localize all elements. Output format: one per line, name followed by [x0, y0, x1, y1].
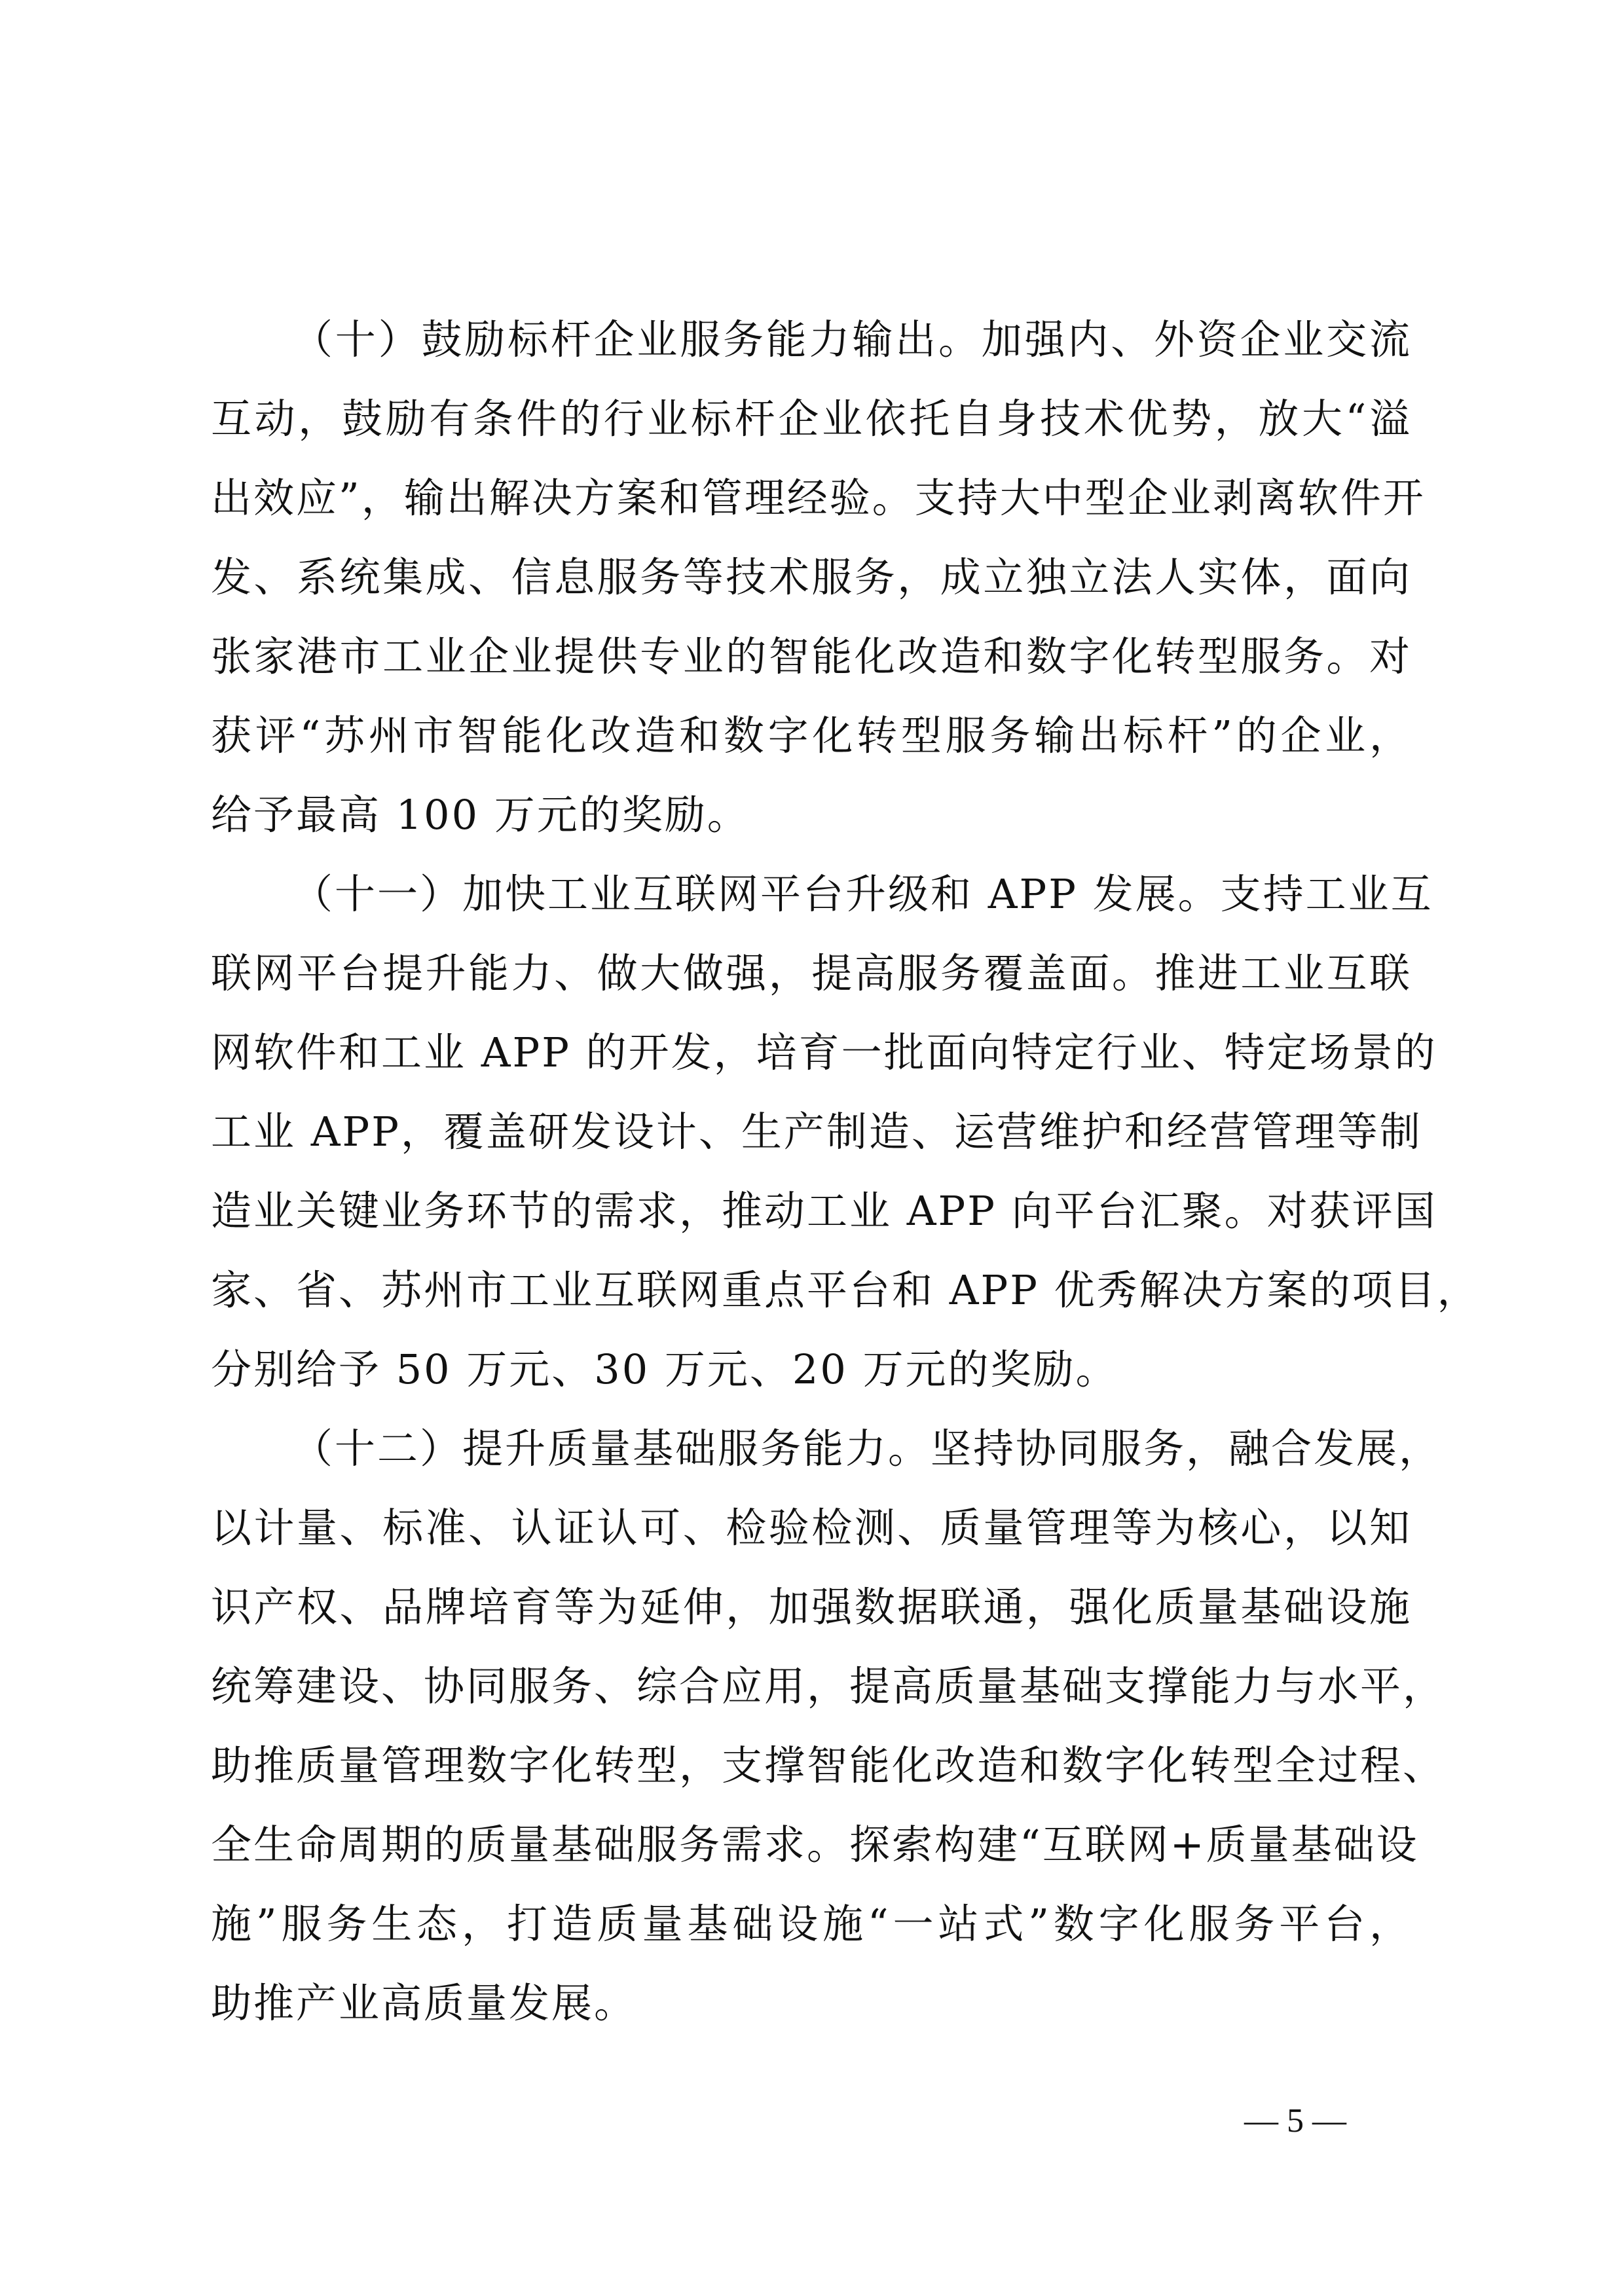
paragraph-line: 出效应”，输出解决方案和管理经验。支持大中型企业剥离软件开 [211, 458, 1412, 538]
paragraph-line: 张家港市工业企业提供专业的智能化改造和数字化转型服务。对 [211, 617, 1412, 696]
paragraph-line: （十二）提升质量基础服务能力。坚持协同服务，融合发展， [211, 1409, 1412, 1488]
document-body: （十）鼓励标杆企业服务能力输出。加强内、外资企业交流 互动，鼓励有条件的行业标杆… [211, 300, 1412, 2043]
paragraph-line: 分别给予 50 万元、30 万元、20 万元的奖励。 [211, 1330, 1412, 1409]
paragraph-line: 给予最高 100 万元的奖励。 [211, 775, 1412, 854]
paragraph-line: 发、系统集成、信息服务等技术服务，成立独立法人实体，面向 [211, 538, 1412, 617]
paragraph-line: 助推质量管理数字化转型，支撑智能化改造和数字化转型全过程、 [211, 1726, 1412, 1805]
paragraph-line: 造业关键业务环节的需求，推动工业 APP 向平台汇聚。对获评国 [211, 1171, 1412, 1250]
paragraph-12: （十二）提升质量基础服务能力。坚持协同服务，融合发展， 以计量、标准、认证认可、… [211, 1409, 1412, 2043]
paragraph-line: （十）鼓励标杆企业服务能力输出。加强内、外资企业交流 [211, 300, 1412, 379]
paragraph-line: 网软件和工业 APP 的开发，培育一批面向特定行业、特定场景的 [211, 1013, 1412, 1092]
page-number: — 5 — [1244, 2095, 1441, 2147]
paragraph-line: 以计量、标准、认证认可、检验检测、质量管理等为核心，以知 [211, 1488, 1412, 1567]
paragraph-line: 助推产业高质量发展。 [211, 1963, 1412, 2043]
paragraph-line: 工业 APP，覆盖研发设计、生产制造、运营维护和经营管理等制 [211, 1092, 1412, 1171]
paragraph-line: 施”服务生态，打造质量基础设施“一站式”数字化服务平台， [211, 1884, 1412, 1963]
paragraph-line: 互动，鼓励有条件的行业标杆企业依托自身技术优势，放大“溢 [211, 379, 1412, 458]
paragraph-10: （十）鼓励标杆企业服务能力输出。加强内、外资企业交流 互动，鼓励有条件的行业标杆… [211, 300, 1412, 854]
paragraph-line: （十一）加快工业互联网平台升级和 APP 发展。支持工业互 [211, 854, 1412, 934]
paragraph-line: 统筹建设、协同服务、综合应用，提高质量基础支撑能力与水平， [211, 1647, 1412, 1726]
paragraph-line: 联网平台提升能力、做大做强，提高服务覆盖面。推进工业互联 [211, 934, 1412, 1013]
paragraph-line: 家、省、苏州市工业互联网重点平台和 APP 优秀解决方案的项目， [211, 1250, 1412, 1330]
paragraph-11: （十一）加快工业互联网平台升级和 APP 发展。支持工业互 联网平台提升能力、做… [211, 854, 1412, 1409]
paragraph-line: 全生命周期的质量基础服务需求。探索构建“互联网+质量基础设 [211, 1805, 1412, 1884]
paragraph-line: 获评“苏州市智能化改造和数字化转型服务输出标杆”的企业， [211, 696, 1412, 775]
document-page: （十）鼓励标杆企业服务能力输出。加强内、外资企业交流 互动，鼓励有条件的行业标杆… [0, 0, 1624, 2296]
paragraph-line: 识产权、品牌培育等为延伸，加强数据联通，强化质量基础设施 [211, 1567, 1412, 1647]
